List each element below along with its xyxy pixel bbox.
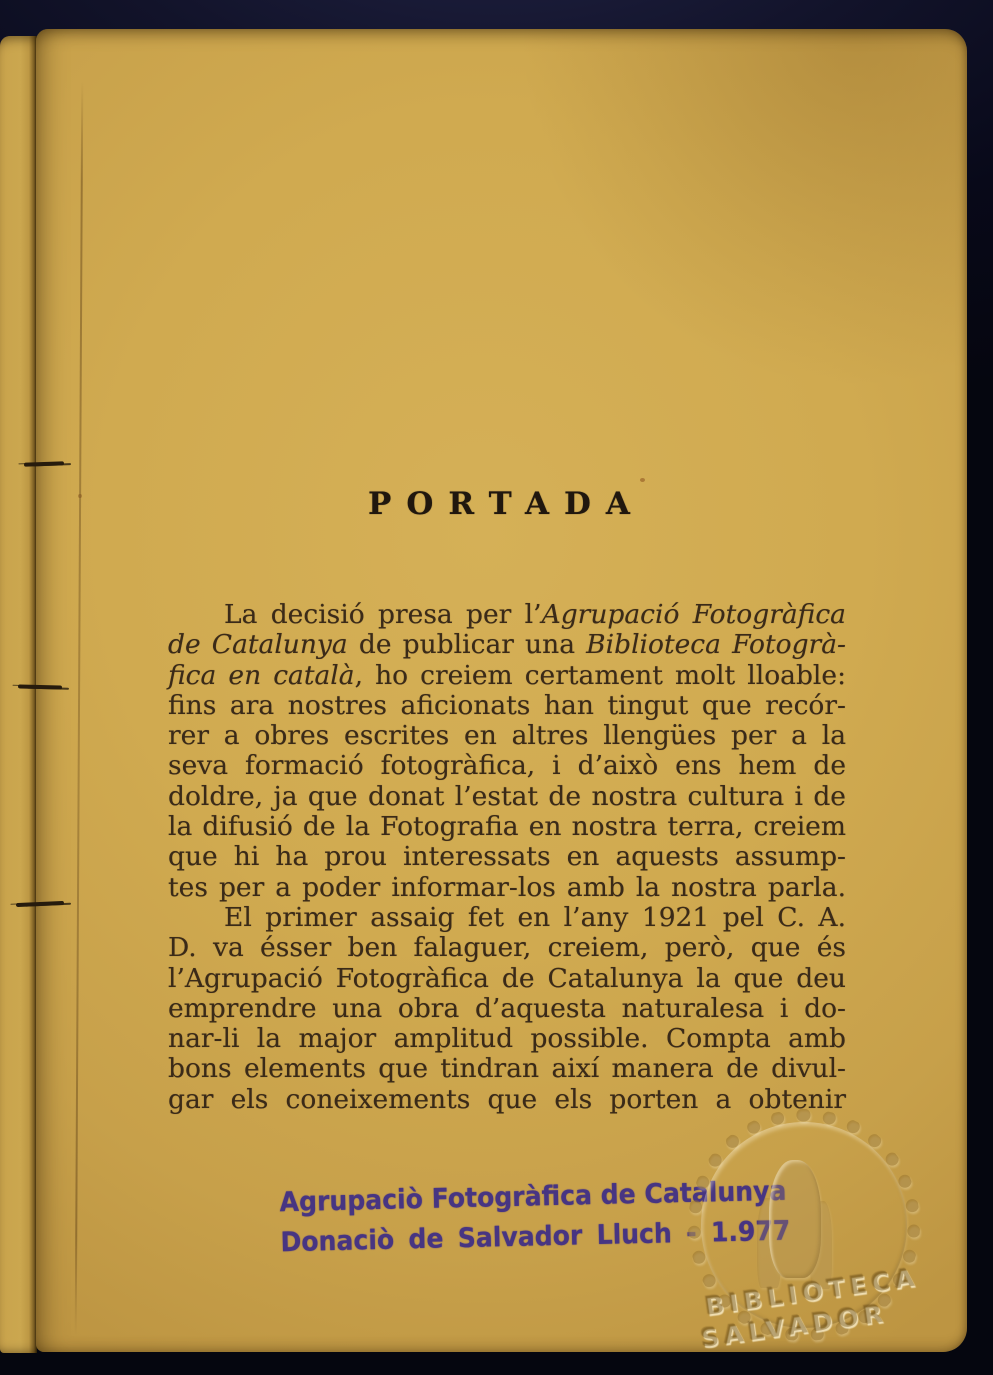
body-line: El primer assaig fet en l’any 1921 pel C… [168,903,846,933]
body-segment: nar-li la major amplitud possible. Compt… [168,1023,846,1054]
body-line: tes per a poder informar-los amb la nost… [168,873,846,903]
body-italic-segment: Biblioteca Fotogrà- [586,629,846,660]
body-segment: l’Agrupació Fotogràfica de Catalunya la … [168,963,846,994]
body-segment: de publicar una [348,629,586,660]
body-line: que hi ha prou interessats en aquests as… [168,842,846,872]
body-line: fica en català, ho creiem certament molt… [168,661,846,691]
adjacent-page-edge [0,36,37,1353]
body-segment: doldre, ja que donat l’estat de nostra c… [168,781,846,812]
paper-speck [640,478,645,482]
body-italic-segment: Agrupació Fotogràfica [542,599,846,630]
book-page: PORTADA La decisió presa per l’Agrupació… [36,29,967,1352]
scanned-book-page-photo: PORTADA La decisió presa per l’Agrupació… [0,0,993,1375]
body-line: emprendre una obra d’aquesta naturalesa … [168,994,846,1024]
binding-stitch [16,901,64,907]
paper-speck [78,494,82,498]
body-segment: rer a obres escrites en altres llengües … [168,720,846,751]
body-line: doldre, ja que donat l’estat de nostra c… [168,782,846,812]
body-line: bons elements que tindran així manera de… [168,1054,846,1084]
seal-emblem [769,1160,821,1278]
body-segment: , ho creiem certament molt lloable: [355,660,846,691]
body-line: de Catalunya de publicar una Biblioteca … [168,630,846,660]
body-segment: gar els coneixements que els porten a ob… [168,1084,846,1115]
body-line: D. va ésser ben falaguer, creiem, però, … [168,933,846,963]
body-line: seva formació fotogràfica, i d’això ens … [168,751,846,781]
body-line: gar els coneixements que els porten a ob… [168,1085,846,1115]
body-segment: que hi ha prou interessats en aquests as… [168,841,846,872]
body-segment: seva formació fotogràfica, i d’això ens … [168,750,846,781]
body-italic-segment: fica en català [168,660,355,691]
binding-crease [75,81,84,1336]
body-segment: emprendre una obra d’aquesta naturalesa … [168,993,846,1024]
body-line: rer a obres escrites en altres llengües … [168,721,846,751]
body-segment: El primer assaig fet en l’any 1921 pel C… [224,902,846,933]
body-segment: D. va ésser ben falaguer, creiem, però, … [168,932,846,963]
body-text: La decisió presa per l’Agrupació Fotogrà… [168,600,846,1115]
body-line: La decisió presa per l’Agrupació Fotogrà… [168,600,846,630]
body-segment: la difusió de la Fotografia en nostra te… [168,811,846,842]
body-line: la difusió de la Fotografia en nostra te… [168,812,846,842]
page-title: PORTADA [168,486,845,522]
binding-stitch [24,461,64,466]
body-line: fins ara nostres aficionats han tingut q… [168,691,846,721]
body-line: l’Agrupació Fotogràfica de Catalunya la … [168,964,846,994]
body-segment: La decisió presa per l’ [224,599,542,630]
body-segment: tes per a poder informar-los amb la nost… [168,872,846,903]
body-segment: fins ara nostres aficionats han tingut q… [168,690,846,721]
body-line: nar-li la major amplitud possible. Compt… [168,1024,846,1054]
body-segment: bons elements que tindran així manera de… [168,1053,846,1084]
body-italic-segment: de Catalunya [168,629,348,660]
